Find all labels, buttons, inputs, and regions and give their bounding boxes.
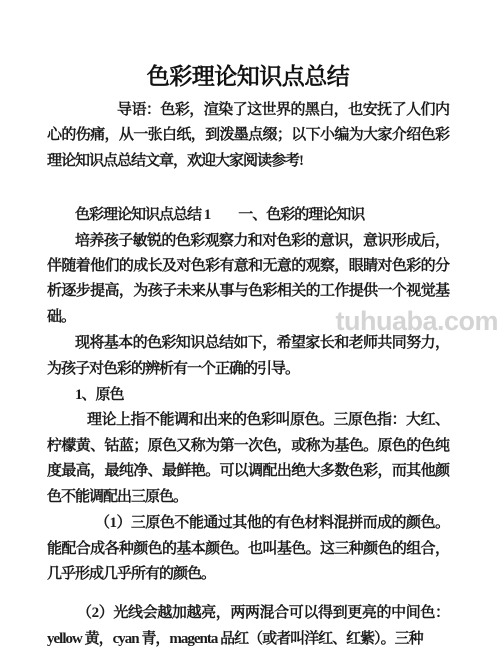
document-page: tuhuaba.com 色彩理论知识点总结 导语：色彩，渲染了这世界的黑白，也安…: [0, 0, 500, 647]
body-paragraph-theory: 理论上指不能调和出来的色彩叫原色。三原色指：大红、柠檬黄、钴蓝；原色又称为第一次…: [47, 408, 449, 510]
body-paragraph-item2: （2）光线会越加越亮，两两混合可以得到更亮的中间色：yellow 黄，cyan …: [47, 601, 449, 647]
body-paragraph-item1: （1）三原色不能通过其他的有色材料混拼而成的颜色。能配合成各种颜色的基本颜色。也…: [47, 511, 449, 587]
subheading-primary-colors: 1、原色: [47, 383, 449, 408]
site-watermark: tuhuaba.com: [335, 308, 498, 335]
body-paragraph-summary: 现将基本的色彩知识总结如下，希望家长和老师共同努力，为孩子对色彩的辨析有一个正确…: [47, 331, 449, 382]
page-title: 色彩理论知识点总结: [47, 62, 449, 92]
intro-paragraph: 导语：色彩，渲染了这世界的黑白，也安抚了人们内心的伤痛，从一张白纸，到泼墨点缀；…: [47, 98, 449, 174]
section-heading: 色彩理论知识点总结 1 一、色彩的理论知识: [47, 203, 449, 228]
